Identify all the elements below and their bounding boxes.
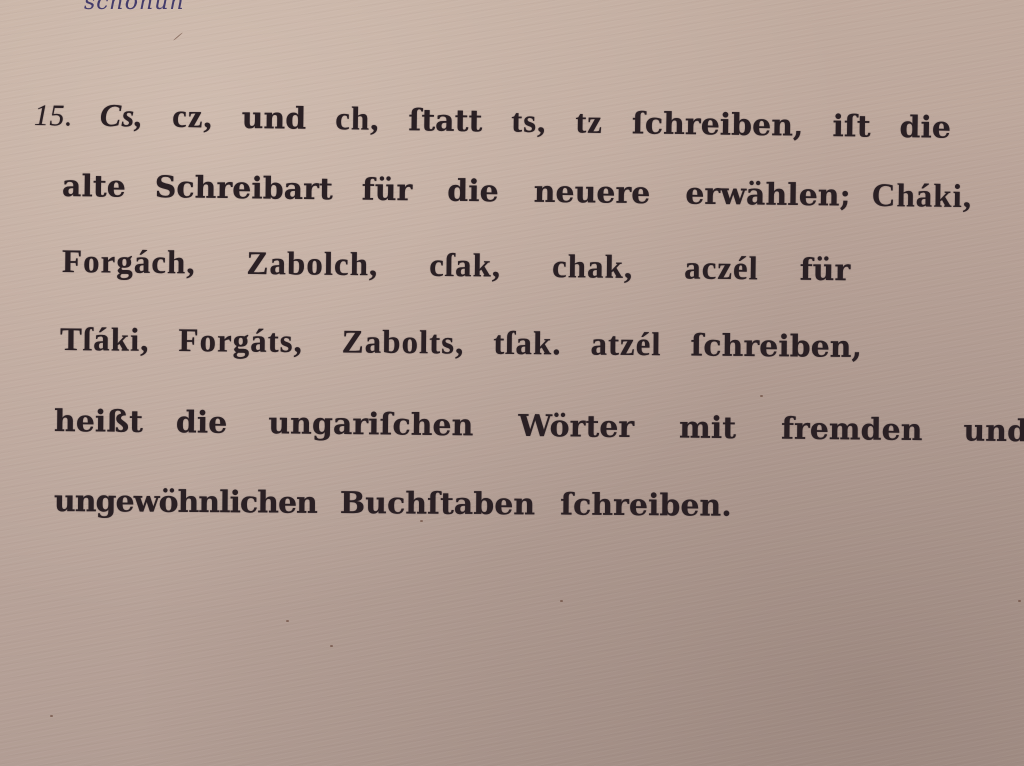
word: ſchreiben, <box>632 106 804 143</box>
word: tſak. <box>493 326 562 363</box>
word: heißt <box>54 404 143 440</box>
word: ungewöhnlichen <box>54 484 317 521</box>
word: cz, <box>172 99 213 136</box>
paragraph-number: 15. <box>34 99 73 133</box>
word: ungariſchen <box>268 406 473 443</box>
word: ſtatt <box>408 103 482 139</box>
word: fremden <box>781 412 923 448</box>
word: ſchreiben. <box>560 488 732 524</box>
text-line-1: 15. Cs, cz, und ch, ſtatt ts, tz ſchreib… <box>34 96 970 147</box>
word: für <box>362 173 413 209</box>
word: Cháki, <box>871 178 972 215</box>
previous-line-fragment: schonun <box>84 0 185 15</box>
word: für <box>800 253 851 289</box>
word: und <box>241 101 306 137</box>
word: die <box>899 110 951 146</box>
word: alte <box>62 169 126 205</box>
text-line-4: Tſáki, Forgáts, Zabolts, tſak. atzél ſch… <box>60 322 880 366</box>
word: ch, <box>335 101 380 138</box>
word: cſak, <box>429 248 501 285</box>
word: die <box>176 405 228 441</box>
word: aczél <box>684 251 759 288</box>
word: Forgáts, <box>178 323 303 360</box>
word: Cs, <box>100 97 144 134</box>
word: mit <box>679 411 736 447</box>
text-line-3: Forgách, Zabolch, cſak, chak, aczél für <box>62 244 869 289</box>
book-page: schonun 15. Cs, cz, und ch, ſtatt ts, tz… <box>0 0 1024 766</box>
word: tz <box>575 105 603 141</box>
word: und <box>963 414 1024 450</box>
word: atzél <box>590 327 661 364</box>
word: chak, <box>552 249 633 286</box>
text-line-2: alte Schreibart für die neuere erwählen;… <box>62 168 991 216</box>
word: erwählen; <box>685 177 851 214</box>
word: Forgách, <box>62 244 196 281</box>
word: Zabolts, <box>342 324 465 361</box>
word: ts, <box>511 104 547 140</box>
word: Wörter <box>518 409 634 445</box>
word: ſchreiben, <box>690 329 862 365</box>
word: Schreibart <box>155 170 334 207</box>
word: Zabolch, <box>246 246 378 283</box>
word: iſt <box>832 109 871 145</box>
word: die <box>447 174 499 210</box>
word: Buchſtaben <box>340 486 536 522</box>
word: Tſáki, <box>60 322 150 359</box>
word: neuere <box>533 175 650 211</box>
text-line-5: heißt die ungariſchen Wörter mit fremden… <box>54 404 1024 449</box>
text-line-6: ungewöhnlichen Buchſtaben ſchreiben. <box>54 484 750 524</box>
